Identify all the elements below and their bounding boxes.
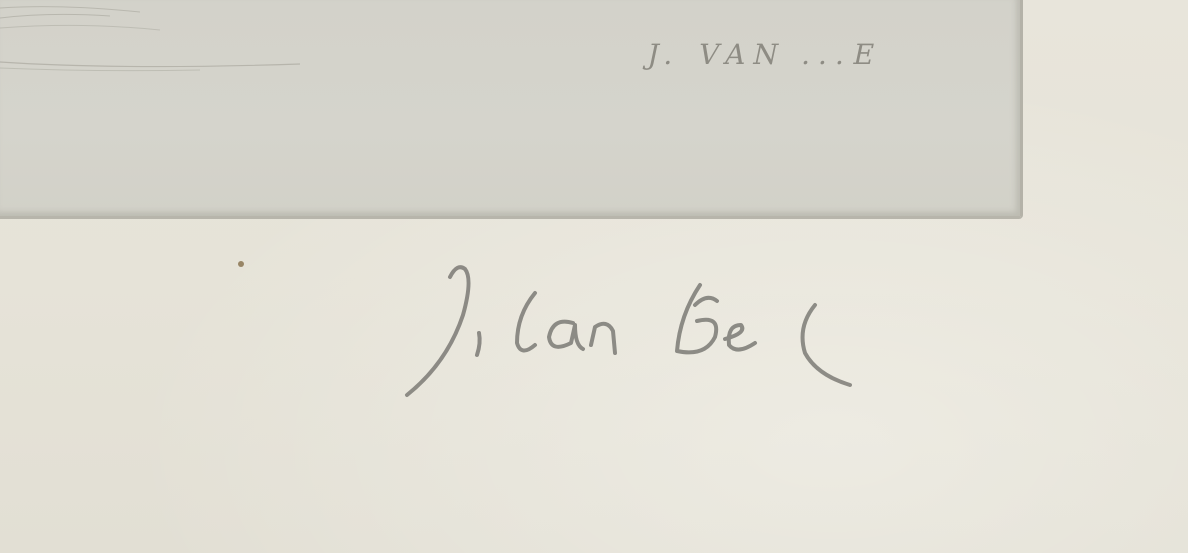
etched-lines — [0, 0, 400, 80]
etching-plate-area: J. VAN ...E — [0, 0, 1023, 219]
paper-speck — [238, 261, 244, 267]
paper-background: J. VAN ...E J. van Del — [0, 0, 1188, 553]
plate-inscription: J. VAN ...E — [644, 38, 885, 71]
pencil-signature: J. van Del — [395, 245, 865, 405]
